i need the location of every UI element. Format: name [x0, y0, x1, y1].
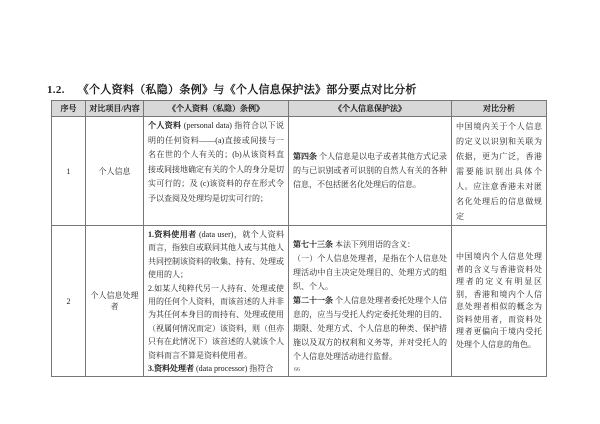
paragraph: 个人资料 (personal data) 指符合以下说明的任何资料——(a)直接…	[148, 119, 284, 207]
page-number: 66	[0, 367, 594, 373]
cell-analysis: 中国境内关于个人信息的定义以识别和关联为依据，更为广泛，香港需要能识别出具体个人…	[452, 117, 547, 226]
paragraph: 第四条 个人信息是以电子或者其他方式记录的与已识别或者可识别的自然人有关的各种信…	[293, 150, 447, 192]
section-heading: 1.2.《个人资料（私隐）条例》与《个人信息保护法》部分要点对比分析	[47, 81, 417, 97]
cell-item: 个人信息处理者	[86, 226, 144, 377]
paragraph: 1.资料使用者 (data user)，就个人资料而言，指独自或联同其他人或与其…	[148, 228, 284, 282]
table-row: 2 个人信息处理者 1.资料使用者 (data user)，就个人资料而言，指独…	[52, 226, 547, 377]
column-header-pipl: 《个人信息保护法》	[289, 101, 452, 117]
section-title-text: 《个人资料（私隐）条例》与《个人信息保护法》部分要点对比分析	[78, 84, 417, 96]
column-header-analysis: 对比分析	[452, 101, 547, 117]
table-row: 1 个人信息 个人资料 (personal data) 指符合以下说明的任何资料…	[52, 117, 547, 226]
paragraph: 第七十三条 本法下列用语的含义：	[293, 238, 447, 252]
cell-serial: 1	[52, 117, 86, 226]
table-header-row: 序号 对比项目/内容 《个人资料（私隐）条例》 《个人信息保护法》 对比分析	[52, 101, 547, 117]
column-header-serial: 序号	[52, 101, 86, 117]
paragraph: 2.如某人纯粹代另一人持有、处理或使用的任何个人资料，而该首述的人并非为其任何本…	[148, 282, 284, 362]
document-page: 1.2.《个人资料（私隐）条例》与《个人信息保护法》部分要点对比分析 序号 对比…	[0, 0, 600, 424]
paragraph: 中国境内关于个人信息的定义以识别和关联为依据，更为广泛，香港需要能识别出具体个人…	[456, 119, 542, 224]
paragraph: （一）个人信息处理者，是指在个人信息处理活动中自主决定处理目的、处理方式的组织、…	[293, 252, 447, 294]
cell-pdpo: 1.资料使用者 (data user)，就个人资料而言，指独自或联同其他人或与其…	[144, 226, 289, 377]
cell-pipl: 第四条 个人信息是以电子或者其他方式记录的与已识别或者可识别的自然人有关的各种信…	[289, 117, 452, 226]
section-number: 1.2.	[47, 84, 65, 96]
cell-item: 个人信息	[86, 117, 144, 226]
paragraph: 中国境内个人信息处理者的含义与香港资料处理者的定义有明显区别，香港和境内个人信息…	[456, 251, 542, 351]
column-header-item: 对比项目/内容	[86, 101, 144, 117]
cell-analysis: 中国境内个人信息处理者的含义与香港资料处理者的定义有明显区别，香港和境内个人信息…	[452, 226, 547, 377]
cell-serial: 2	[52, 226, 86, 377]
cell-pdpo: 个人资料 (personal data) 指符合以下说明的任何资料——(a)直接…	[144, 117, 289, 226]
cell-pipl: 第七十三条 本法下列用语的含义： （一）个人信息处理者，是指在个人信息处理活动中…	[289, 226, 452, 377]
column-header-pdpo: 《个人资料（私隐）条例》	[144, 101, 289, 117]
paragraph: 第二十一条 个人信息处理者委托处理个人信息的，应当与受托人约定委托处理的目的、期…	[293, 294, 447, 364]
comparison-table: 序号 对比项目/内容 《个人资料（私隐）条例》 《个人信息保护法》 对比分析 1…	[51, 100, 547, 377]
